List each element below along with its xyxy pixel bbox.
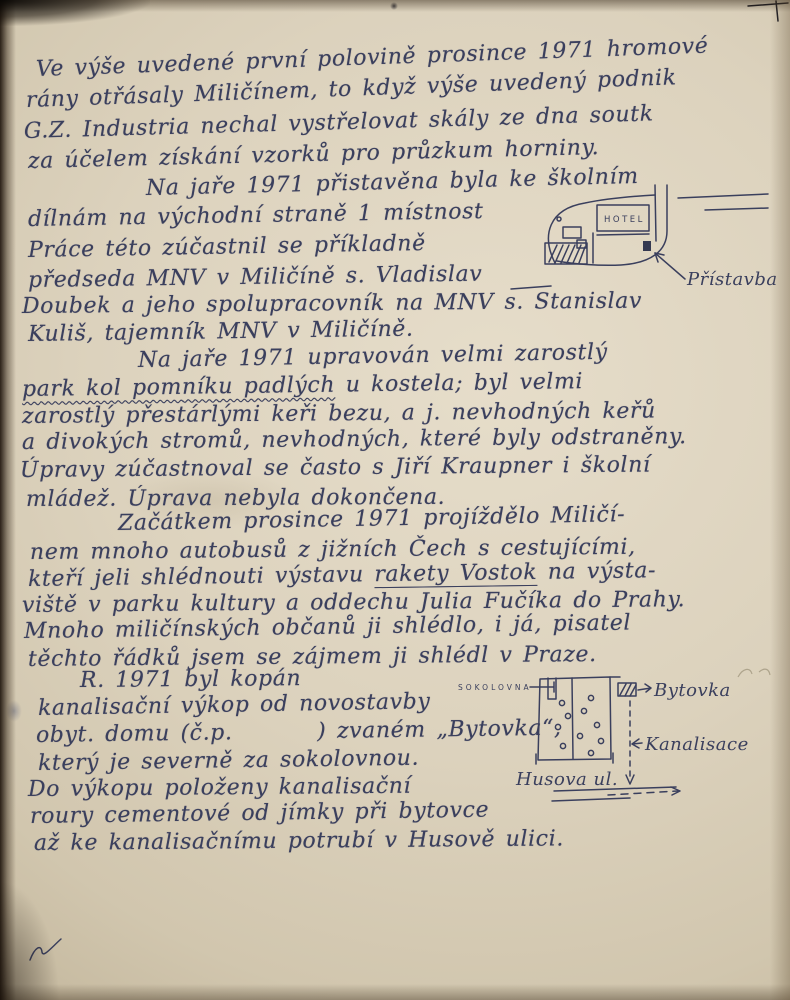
handwritten-line: Úpravy zúčastnoval se často s Jiří Kraup… — [20, 452, 651, 484]
handwritten-line: kanalisační výkop od novostavby — [38, 689, 431, 722]
annex-label: Přístavba — [686, 269, 778, 290]
page-edge-bottom — [0, 984, 790, 1000]
handwritten-line: až ke kanalisačnímu potrubí v Husově uli… — [34, 826, 564, 857]
sewer-dashed-line — [626, 701, 642, 784]
kanalisace-label: Kanalisace — [644, 734, 749, 755]
handwritten-line: roury cementové od jímky při bytovce — [30, 798, 490, 830]
bytovka-label: Bytovka — [653, 680, 731, 701]
hotel-label: HOTEL — [604, 215, 645, 225]
line-pre: kteří jeli shlédnouti výstavu — [28, 562, 375, 592]
paper-page: Ve výše uvedené první polovině prosince … — [0, 0, 790, 1000]
handwritten-line: park kol pomníku padlých u kostela; byl … — [22, 369, 583, 403]
hotel-annex-sketch: HOTEL Přístavba — [505, 183, 790, 298]
sokolovna-pointer — [530, 682, 554, 692]
dark-corner-top-left — [0, 0, 150, 26]
chronicle-photo: { "document": { "kind": "handwritten chr… — [0, 0, 790, 1000]
handwritten-line: dílnám na východní straně 1 místnost — [28, 199, 484, 233]
line-rest: u kostela; byl velmi — [335, 369, 583, 397]
sokolovna-label: SOKOLOVNA — [458, 683, 532, 692]
husova-street-label: Husova ul. — [515, 769, 618, 790]
line-rest: na výsta- — [537, 558, 656, 585]
faint-pencil-marks — [738, 669, 770, 677]
underlined-phrase: park kol pomníku padlých — [22, 373, 335, 402]
handwritten-line: R. 1971 byl kopán — [80, 666, 301, 694]
annex-mark — [643, 241, 651, 251]
annex-arrow — [655, 253, 685, 279]
sewer-sketch: SOKOLOVNA Bytovka Kanal — [450, 663, 780, 811]
book-gutter-shadow — [0, 0, 16, 1000]
sokolovna-building — [536, 677, 620, 764]
page-edge-right — [770, 0, 790, 1000]
dark-corner-bottom-left — [0, 880, 60, 1000]
handwritten-line: a divokých stromů, nevhodných, které byl… — [22, 424, 687, 456]
tree-circles — [555, 695, 603, 755]
handwritten-line: který je severně za sokolovnou. — [38, 746, 419, 777]
underlined-phrase: rakety Vostok — [374, 560, 537, 587]
handwritten-line: předseda MNV v Miličíně s. Vladislav — [28, 262, 483, 294]
handwritten-line: Práce této zúčastnil se příkladně — [28, 231, 426, 264]
bytovka-building — [618, 683, 651, 696]
